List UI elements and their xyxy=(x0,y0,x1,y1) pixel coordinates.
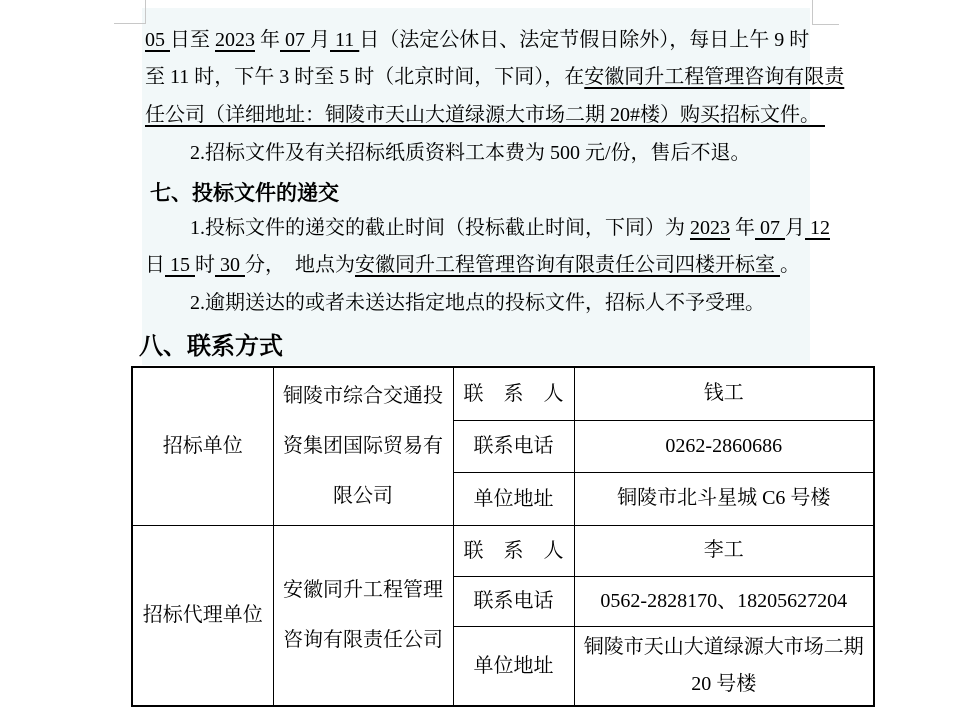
contact-person-label: 联 系 人 xyxy=(453,367,574,420)
section-heading-7: 七、投标文件的递交 xyxy=(150,177,339,207)
paragraph-late-submission: 2.逾期送达的或者未送达指定地点的投标文件，招标人不予受理。 xyxy=(145,290,870,316)
paragraph-purchase-period-line1: 05 日至 2023 年 07 月 11 日（法定公休日、法定节假日除外），每日… xyxy=(145,27,825,53)
margin-crop-mark-right-horizontal xyxy=(813,24,839,25)
margin-crop-mark-right-vertical xyxy=(812,0,813,25)
contact-person-value: 钱工 xyxy=(574,367,874,420)
margin-crop-mark-left-horizontal xyxy=(114,23,146,24)
document-page: 05 日至 2023 年 07 月 11 日（法定公休日、法定节假日除外），每日… xyxy=(0,0,954,720)
agency-contact-phone-value: 0562-2828170、18205627204 xyxy=(574,576,874,626)
agency-unit-name: 安徽同升工程管理咨询有限责任公司 xyxy=(273,525,453,706)
table-row: 招标代理单位 安徽同升工程管理咨询有限责任公司 联 系 人 李工 xyxy=(132,525,874,576)
margin-crop-mark-left-vertical xyxy=(145,0,146,24)
contact-table: 招标单位 铜陵市综合交通投资集团国际贸易有限公司 联 系 人 钱工 联系电话 0… xyxy=(131,366,875,707)
unit-address-label: 单位地址 xyxy=(453,472,574,525)
tendering-unit-label: 招标单位 xyxy=(132,367,273,525)
tendering-unit-name: 铜陵市综合交通投资集团国际贸易有限公司 xyxy=(273,367,453,525)
paragraph-document-fee: 2.招标文件及有关招标纸质资料工本费为 500 元/份，售后不退。 xyxy=(145,140,870,166)
table-row: 招标单位 铜陵市综合交通投资集团国际贸易有限公司 联 系 人 钱工 xyxy=(132,367,874,420)
agency-unit-address-label: 单位地址 xyxy=(453,626,574,706)
unit-address-value: 铜陵市北斗星城 C6 号楼 xyxy=(574,472,874,525)
contact-phone-label: 联系电话 xyxy=(453,420,574,472)
agency-unit-address-value: 铜陵市天山大道绿源大市场二期 20 号楼 xyxy=(574,626,874,706)
paragraph-deadline-line2: 日 15 时 30 分， 地点为安徽同升工程管理咨询有限责任公司四楼开标室 。 xyxy=(145,252,825,278)
paragraph-deadline-line1: 1.投标文件的递交的截止时间（投标截止时间，下同）为 2023 年 07 月 1… xyxy=(145,215,870,241)
paragraph-purchase-period-line2: 至 11 时，下午 3 时至 5 时（北京时间，下同），在安徽同升工程管理咨询有… xyxy=(145,64,825,90)
paragraph-purchase-period-line3: 任公司（详细地址：铜陵市天山大道绿源大市场二期 20#楼）购买招标文件。 xyxy=(145,102,825,128)
section-heading-8: 八、联系方式 xyxy=(139,326,283,361)
agency-unit-label: 招标代理单位 xyxy=(132,525,273,706)
contact-phone-value: 0262-2860686 xyxy=(574,420,874,472)
agency-contact-phone-label: 联系电话 xyxy=(453,576,574,626)
agency-contact-person-label: 联 系 人 xyxy=(453,525,574,576)
agency-contact-person-value: 李工 xyxy=(574,525,874,576)
